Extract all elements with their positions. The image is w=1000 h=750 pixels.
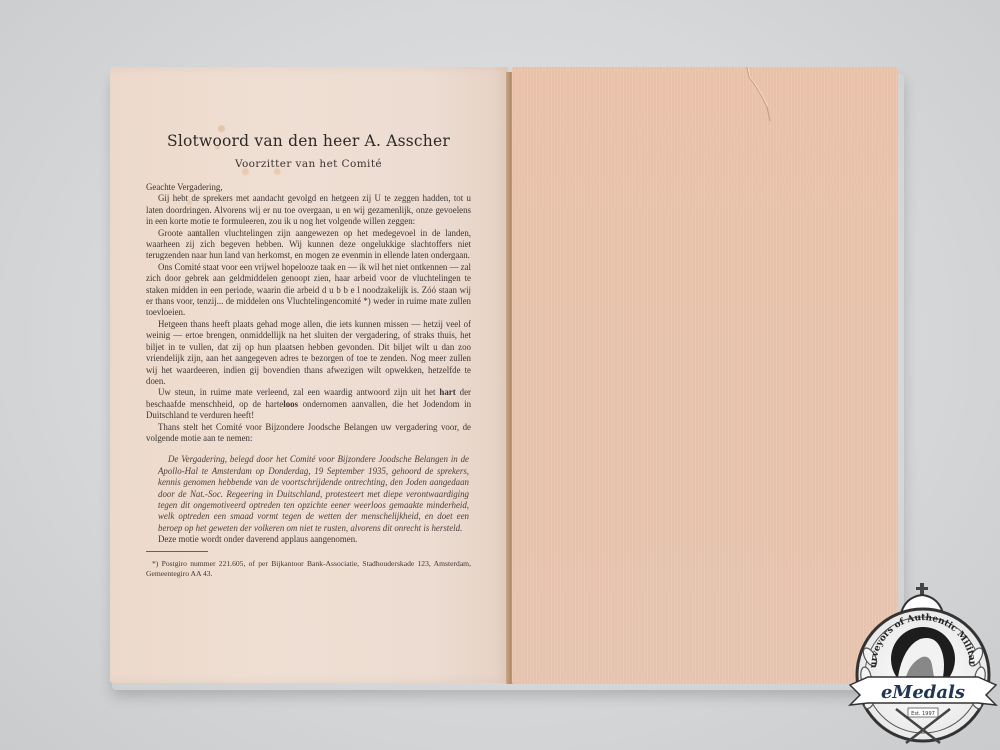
printed-text-block: Slotwoord van den heer A. Asscher Voorzi… <box>146 132 471 586</box>
page-title: Slotwoord van den heer A. Asscher <box>146 132 471 150</box>
emedals-watermark-badge: Purveyors of Authentic Militaria eMedals… <box>848 577 998 749</box>
right-page-blank-cover <box>512 67 898 684</box>
paper-tear-icon <box>745 67 775 123</box>
paragraph-4: Hetgeen thans heeft plaats gehad moge al… <box>146 319 471 387</box>
photo-scene: Slotwoord van den heer A. Asscher Voorzi… <box>0 0 1000 750</box>
page-subtitle: Voorzitter van het Comité <box>146 158 471 170</box>
paragraph-2: Groote aantallen vluchtelingen zijn aang… <box>146 228 471 262</box>
paragraph-5: Uw steun, in ruime mate verleend, zal ee… <box>146 387 471 421</box>
bold-word-hart: hart <box>439 387 455 397</box>
salutation: Geachte Vergadering, <box>146 182 471 193</box>
footnote: *) Postgiro nummer 221.605, of per Bijka… <box>146 559 471 578</box>
paragraph-6: Thans stelt het Comité voor Bijzondere J… <box>146 422 471 445</box>
brand-wordmark: eMedals <box>881 682 965 703</box>
bold-word-loos: loos <box>283 399 298 409</box>
paragraph-1: Gij hebt de sprekers met aandacht gevolg… <box>146 193 471 227</box>
established-year: Est. 1997 <box>911 711 935 717</box>
paragraph-3: Ons Comité staat voor een vrijwel hopelo… <box>146 262 471 319</box>
closing-line: Deze motie wordt onder daverend applaus … <box>146 534 471 545</box>
footnote-divider <box>146 551 208 552</box>
paragraph-5-text: Uw steun, in ruime mate verleend, zal ee… <box>158 387 439 397</box>
motion-text: De Vergadering, belegd door het Comité v… <box>146 454 471 534</box>
